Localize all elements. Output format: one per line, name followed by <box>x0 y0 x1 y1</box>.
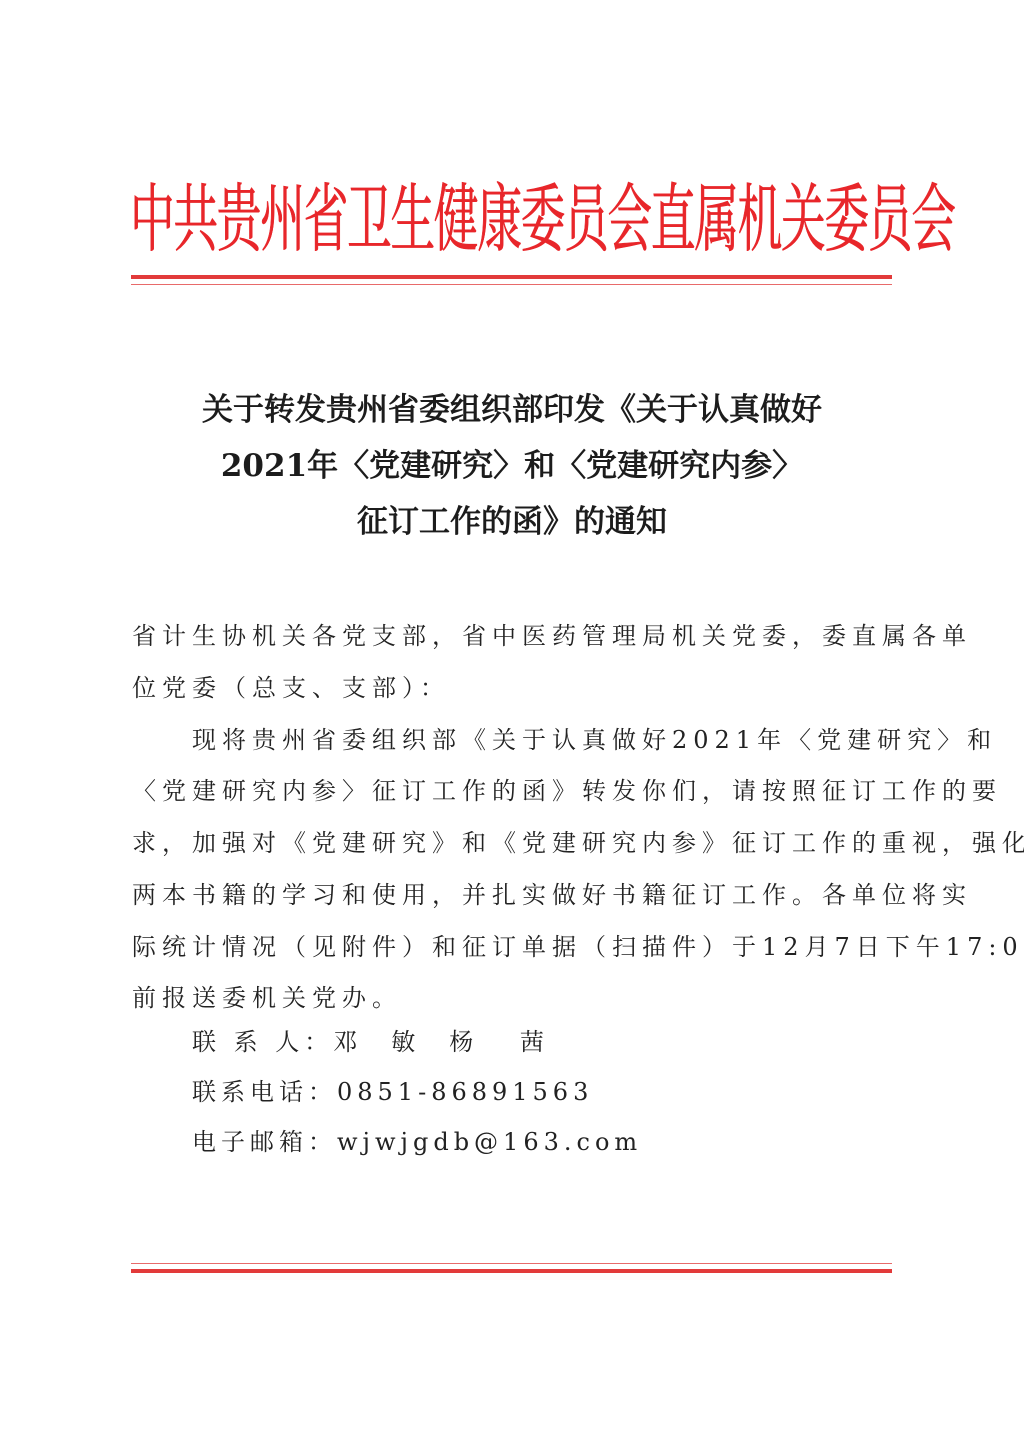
salutation-line-2: 位党委（总支、支部）： <box>132 668 450 708</box>
contact-person: 联 系 人：邓 敏 杨 茜 <box>192 1022 549 1062</box>
contact-email-value: wjwjgdb@163.com <box>337 1128 642 1156</box>
body-line-6: 前报送委机关党办。 <box>132 978 402 1018</box>
contact-person-names: 邓 敏 杨 茜 <box>333 1028 549 1056</box>
title-line-2: 2021年〈党建研究〉和〈党建研究内参〉 <box>140 438 884 494</box>
contact-phone-label: 联系电话： <box>192 1078 337 1106</box>
body-line-3: 求，加强对《党建研究》和《党建研究内参》征订工作的重视，强化 <box>132 823 1024 863</box>
title-line-3: 征订工作的函》的通知 <box>140 494 884 550</box>
org-header-text: 中共贵州省卫生健康委员会直属机关委员会 <box>130 172 955 269</box>
contact-person-label: 联 系 人： <box>192 1028 333 1056</box>
header-rule-thick <box>131 275 892 279</box>
footer-rule-thick <box>131 1269 892 1273</box>
body-line-2: 〈党建研究内参〉征订工作的函》转发你们，请按照征订工作的要 <box>132 771 1002 811</box>
org-header: 中共贵州省卫生健康委员会直属机关委员会 <box>130 172 892 256</box>
contact-email: 电子邮箱：wjwjgdb@163.com <box>192 1122 642 1162</box>
footer-rule-thin <box>131 1263 892 1264</box>
contact-phone: 联系电话：0851-86891563 <box>192 1072 593 1112</box>
contact-phone-value: 0851-86891563 <box>337 1078 593 1106</box>
document-title: 关于转发贵州省委组织部印发《关于认真做好 2021年〈党建研究〉和〈党建研究内参… <box>140 382 884 550</box>
salutation-line-1: 省计生协机关各党支部，省中医药管理局机关党委，委直属各单 <box>132 616 972 656</box>
title-line-1: 关于转发贵州省委组织部印发《关于认真做好 <box>140 382 884 438</box>
body-line-4: 两本书籍的学习和使用，并扎实做好书籍征订工作。各单位将实 <box>132 875 972 915</box>
contact-email-label: 电子邮箱： <box>192 1128 337 1156</box>
document-page: 中共贵州省卫生健康委员会直属机关委员会 关于转发贵州省委组织部印发《关于认真做好… <box>0 0 1024 1448</box>
body-line-1: 现将贵州省委组织部《关于认真做好2021年〈党建研究〉和 <box>192 720 997 760</box>
body-line-5: 际统计情况（见附件）和征订单据（扫描件）于12月7日下午17:00 <box>132 927 1024 967</box>
header-rule-thin <box>131 284 892 285</box>
